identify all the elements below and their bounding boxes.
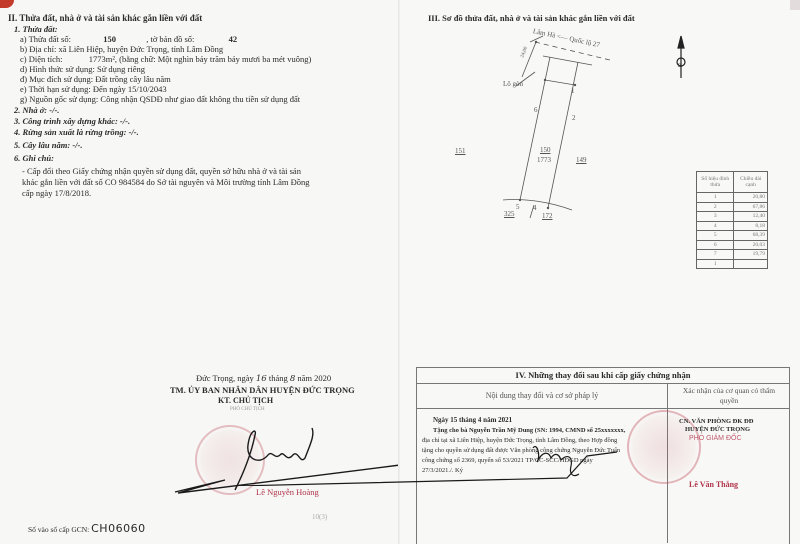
neighbor-parcel: 151 <box>455 147 466 155</box>
length-cell: 20,80 <box>734 193 768 203</box>
point-label: 1 <box>571 87 575 95</box>
vertex-cell: 4 <box>697 221 734 231</box>
confirm-signer: Lê Văn Thắng <box>689 480 738 489</box>
land-heading: 1. Thửa đất: <box>14 24 58 34</box>
length-cell: 12,40 <box>734 212 768 222</box>
signing-subrole: PHÓ CHỦ TỊCH <box>230 407 265 412</box>
table-row: 120,80 <box>697 193 768 203</box>
length-cell <box>734 259 768 269</box>
side-label: Lô gòn <box>503 80 523 88</box>
vertex-cell: 5 <box>697 231 734 241</box>
confirm-org-line1: CN. VĂN PHÒNG ĐK ĐĐ <box>679 418 753 425</box>
usage-origin: g) Nguồn gốc sử dụng: Công nhận QSDĐ như… <box>20 94 300 104</box>
confirm-org-line2: HUYỆN ĐỨC TRỌNG <box>685 426 750 433</box>
registry-label: Số vào sổ cấp GCN: <box>28 525 89 534</box>
entry-line: Tặng cho bà Nguyễn Trần Mỹ Dung (SN: 199… <box>433 427 625 434</box>
note-line: - Cấp đổi theo Giấy chứng nhận quyền sử … <box>22 166 301 176</box>
sign-year: năm 2020 <box>297 373 331 383</box>
table-row: 312,40 <box>697 212 768 222</box>
signing-org: TM. ỦY BAN NHÂN DÂN HUYỆN ĐỨC TRỌNG <box>170 385 355 395</box>
sign-month-label: tháng <box>269 373 288 383</box>
registry-number: CH06060 <box>91 522 145 535</box>
point-label: 6 <box>534 106 538 114</box>
vertex-cell: 6 <box>697 240 734 250</box>
sign-day: 16 <box>256 374 267 384</box>
changes-title: IV. Những thay đổi sau khi cấp giấy chứn… <box>417 368 789 384</box>
page-mark: 10(3) <box>312 513 327 521</box>
usage-purpose: đ) Mục đích sử dụng: Đất trồng cây lâu n… <box>20 74 171 84</box>
parcel-number: 150 <box>103 34 116 44</box>
neighbor-parcel: 172 <box>542 212 553 220</box>
notes-heading: 6. Ghi chú: <box>14 153 54 163</box>
note-line: cấp ngày 17/8/2018. <box>22 188 91 198</box>
construction-item: 3. Công trình xây dựng khác: -/-. <box>14 116 130 126</box>
map-sheet-label: , tờ bản đồ số: <box>146 34 194 44</box>
col-content-header: Nội dung thay đổi và cơ sở pháp lý <box>417 391 667 400</box>
sign-month: 8 <box>290 374 295 384</box>
area-value: 1773m², (bằng chữ: Một nghìn bảy trăm bả… <box>89 54 312 64</box>
area-row: c) Diện tích: 1773m², (bằng chữ: Một ngh… <box>20 54 311 64</box>
table-header: Chiều dài cạnh <box>734 172 768 193</box>
table-row: 719,79 <box>697 250 768 260</box>
length-cell: 67,86 <box>734 202 768 212</box>
entry-date: Ngày 15 tháng 4 năm 2021 <box>433 416 512 424</box>
usage-term: e) Thời hạn sử dụng: Đến ngày 15/10/2043 <box>20 84 167 94</box>
confirm-signature <box>237 436 757 486</box>
col-confirm-header: Xác nhận của cơ quan có thẩm quyền <box>675 386 783 406</box>
perennial-item: 5. Cây lâu năm: -/-. <box>14 140 82 150</box>
parcel-label: a) Thửa đất số: <box>20 34 71 44</box>
registry-row: Số vào sổ cấp GCN: CH06060 <box>28 522 146 535</box>
vertex-cell: 2 <box>697 202 734 212</box>
neighbor-parcel: 149 <box>576 156 587 164</box>
parcel-area-label: 1773 <box>537 156 551 164</box>
parcel-number-label: 150 <box>540 146 551 154</box>
usage-form: d) Hình thức sử dụng: Sử dụng riêng <box>20 64 145 74</box>
address: b) Địa chỉ: xã Liên Hiệp, huyện Đức Trọn… <box>20 44 223 54</box>
forest-item: 4. Rừng sản xuất là rừng trồng: -/-. <box>14 127 139 137</box>
vertex-cell: 3 <box>697 212 734 222</box>
parcel-row: a) Thửa đất số: 150 , tờ bản đồ số: 42 <box>20 34 237 44</box>
table-row: 48,18 <box>697 221 768 231</box>
vertex-cell: 7 <box>697 250 734 260</box>
table-header: Số hiệu đỉnh thửa <box>697 172 734 193</box>
signing-role: KT. CHỦ TỊCH <box>218 396 273 405</box>
changes-header-row: Nội dung thay đổi và cơ sở pháp lý Xác n… <box>417 384 789 409</box>
area-label: c) Diện tích: <box>20 54 62 64</box>
neighbor-parcel: 325 <box>504 210 515 218</box>
vertex-cell: 1 <box>697 193 734 203</box>
table-row: 1 <box>697 259 768 269</box>
vertex-length-table: Số hiệu đỉnh thửa Chiều dài cạnh 120,80 … <box>696 171 768 269</box>
length-cell: 20,03 <box>734 240 768 250</box>
red-corner-mark <box>0 0 14 8</box>
table-row: 620,03 <box>697 240 768 250</box>
map-sheet-number: 42 <box>229 34 238 44</box>
north-arrow-icon <box>677 36 685 78</box>
point-label: 4 <box>533 204 537 212</box>
sign-date: Đức Trọng, ngày 16 tháng 8 năm 2020 <box>196 373 331 384</box>
point-label: 2 <box>572 114 576 122</box>
length-cell: 19,79 <box>734 250 768 260</box>
vertex-cell: 1 <box>697 259 734 269</box>
signer-name: Lê Nguyễn Hoàng <box>256 487 319 497</box>
table-row: 267,86 <box>697 202 768 212</box>
length-cell: 68,39 <box>734 231 768 241</box>
note-line: khác gắn liền với đất số CO 984584 do Sở… <box>22 177 309 187</box>
north-label: B <box>678 64 681 69</box>
length-cell: 8,18 <box>734 221 768 231</box>
house-item: 2. Nhà ở: -/-. <box>14 105 59 115</box>
table-row: 568,39 <box>697 231 768 241</box>
section-ii-title: II. Thửa đất, nhà ở và tài sản khác gắn … <box>8 13 202 23</box>
changes-table: IV. Những thay đổi sau khi cấp giấy chứn… <box>416 367 790 544</box>
point-label: 5 <box>516 203 520 211</box>
sign-date-prefix: Đức Trọng, ngày <box>196 373 254 383</box>
